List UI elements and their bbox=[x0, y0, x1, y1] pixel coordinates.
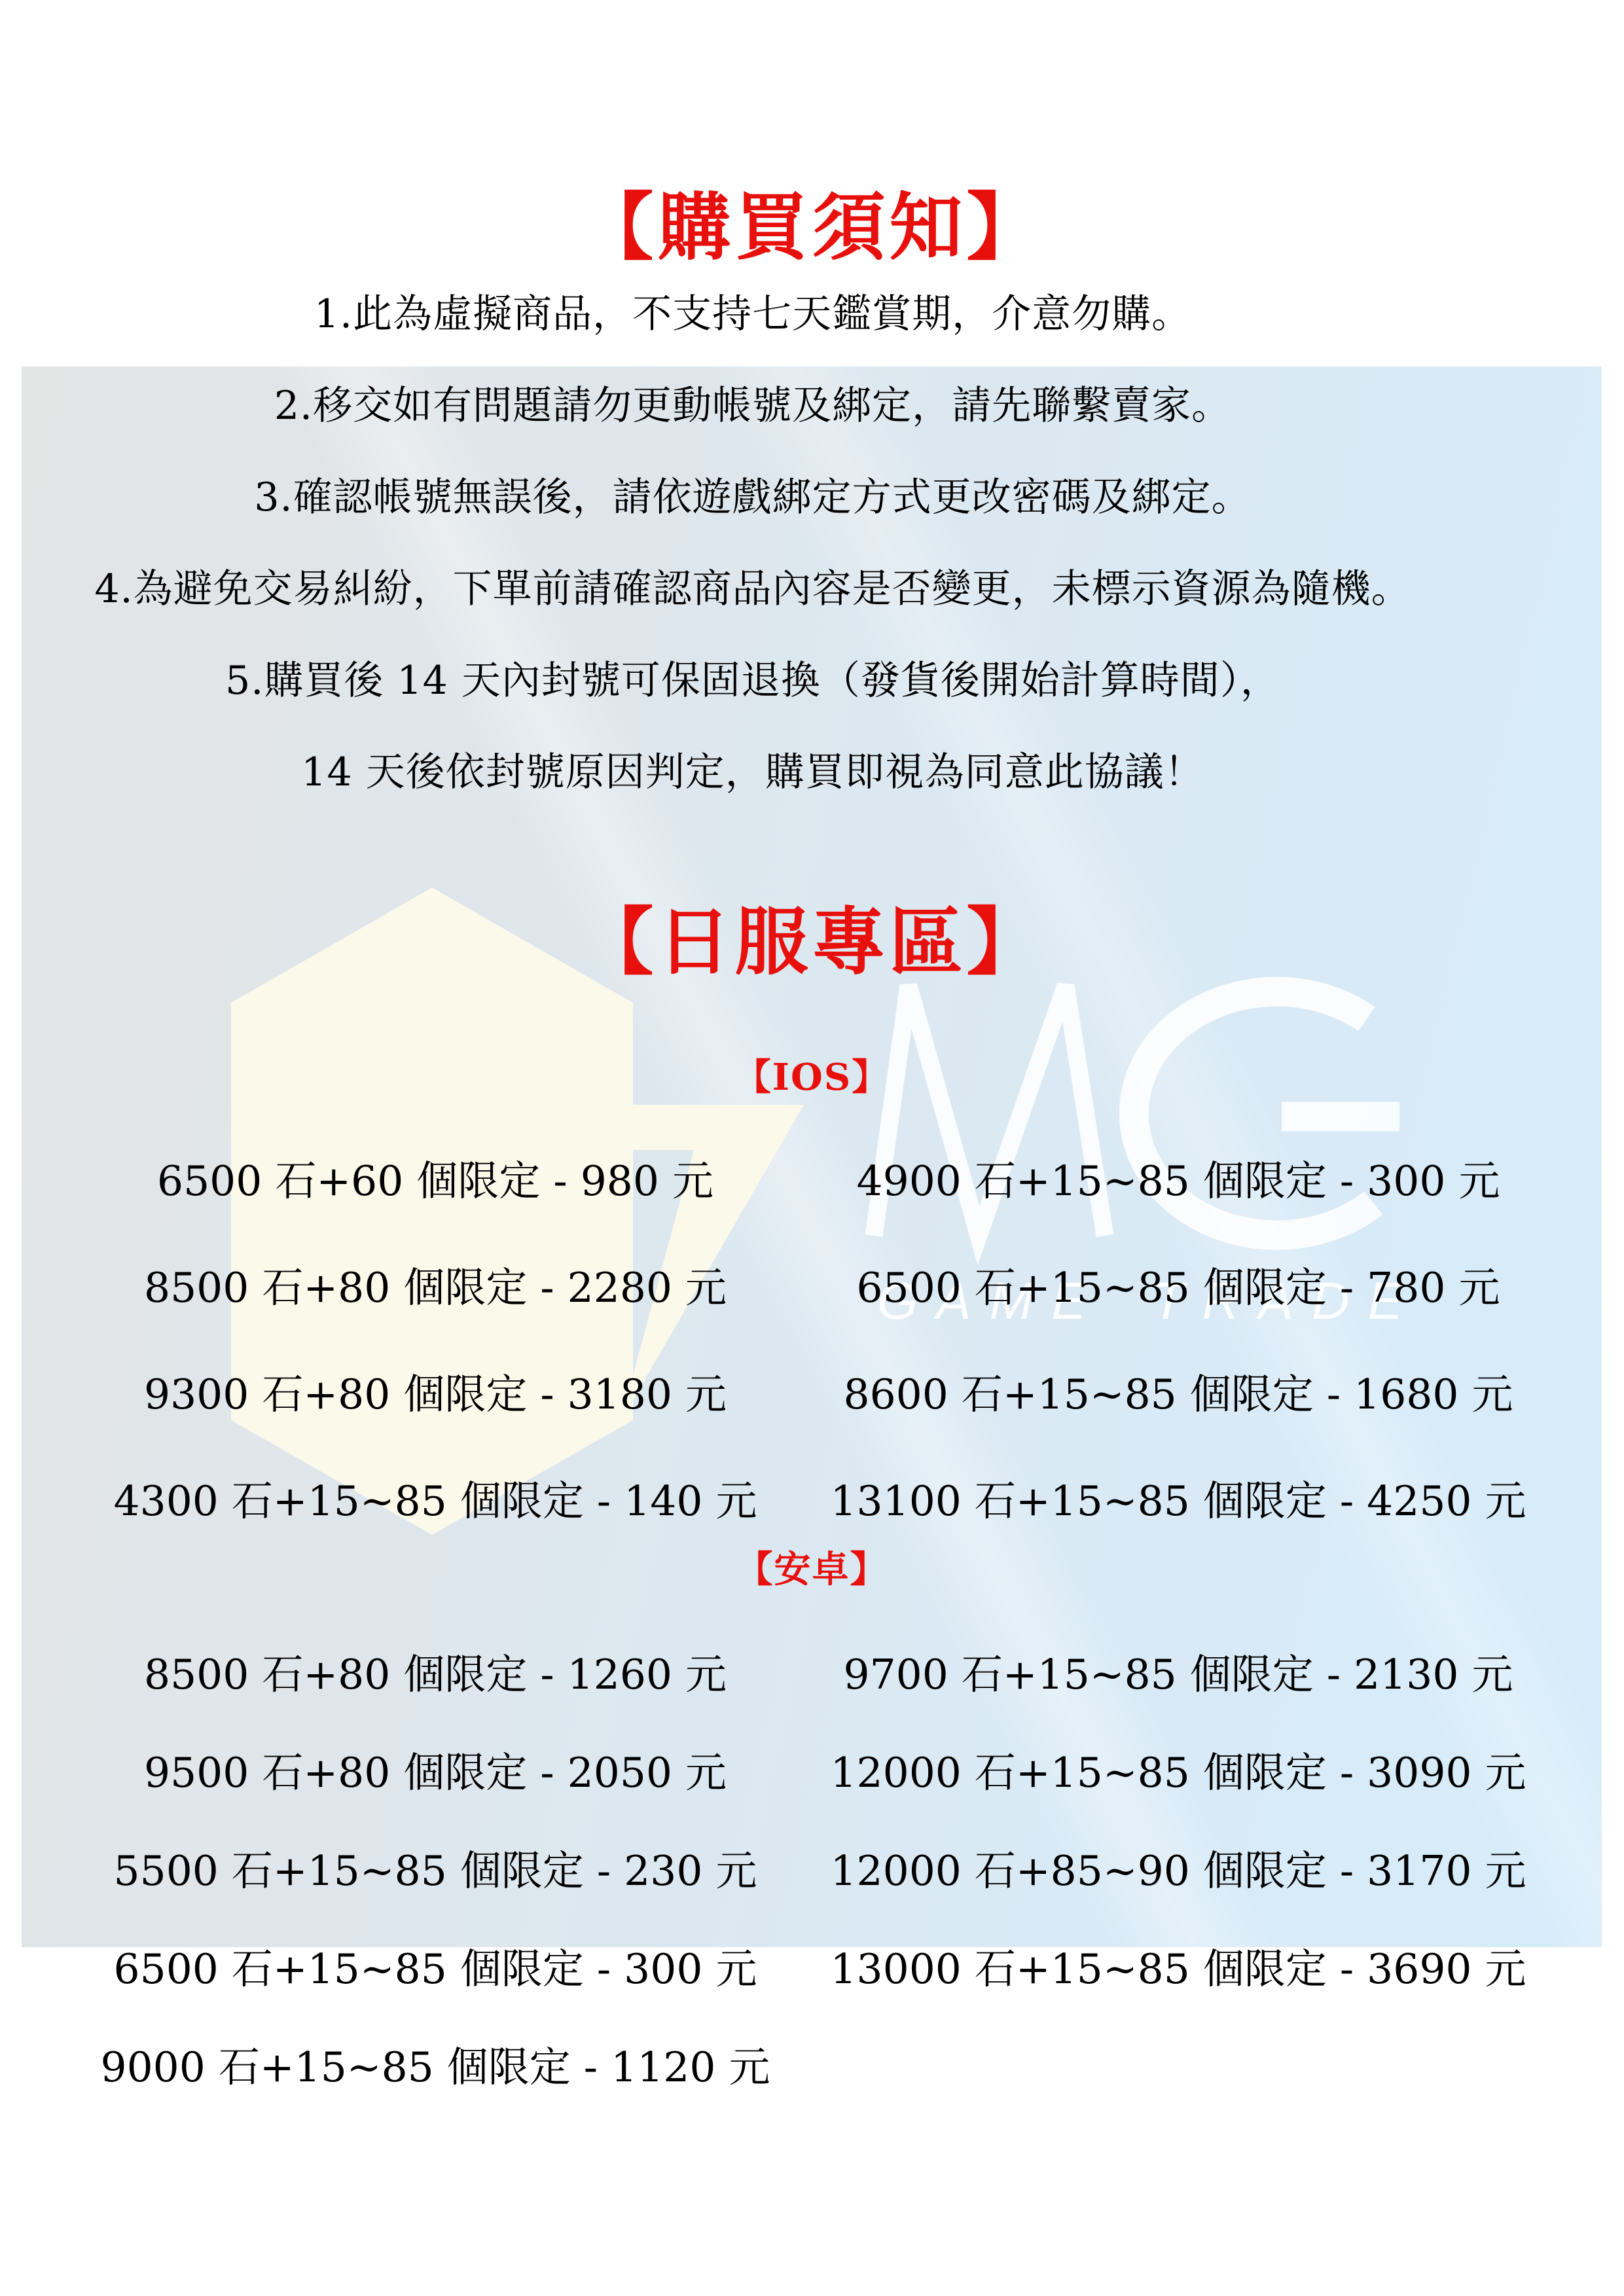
price-item: 5500 石+15~85 個限定 - 230 元 bbox=[0, 1850, 871, 1892]
notice-line-5: 5.購買後 14 天內封號可保固退換（發貨後開始計算時間）， bbox=[0, 660, 1506, 702]
price-item: 12000 石+85~90 個限定 - 3170 元 bbox=[746, 1850, 1610, 1892]
subsection-label-android: 【安卓】 bbox=[0, 1550, 1624, 1589]
notice-line-2: 2.移交如有問題請勿更動帳號及綁定，請先聯繫賣家。 bbox=[0, 385, 1506, 427]
price-item: 6500 石+15~85 個限定 - 300 元 bbox=[0, 1948, 871, 1990]
flyer-page: GAME TRADE 【購買須知】 1.此為虛擬商品，不支持七天鑑賞期，介意勿購… bbox=[0, 0, 1624, 2296]
notice-title: 【購買須知】 bbox=[0, 188, 1624, 268]
price-item: 8500 石+80 個限定 - 1260 元 bbox=[0, 1654, 871, 1695]
subsection-label-ios: 【IOS】 bbox=[0, 1058, 1624, 1097]
price-item: 8500 石+80 個限定 - 2280 元 bbox=[0, 1267, 871, 1308]
price-item: 9000 石+15~85 個限定 - 1120 元 bbox=[0, 2047, 871, 2088]
price-item: 6500 石+60 個限定 - 980 元 bbox=[0, 1160, 871, 1202]
price-item: 4900 石+15~85 個限定 - 300 元 bbox=[746, 1160, 1610, 1202]
section-title-japan-server: 【日服專區】 bbox=[0, 903, 1624, 982]
price-item: 4300 石+15~85 個限定 - 140 元 bbox=[0, 1480, 871, 1522]
price-item: 13100 石+15~85 個限定 - 4250 元 bbox=[746, 1480, 1610, 1522]
notice-line-3: 3.確認帳號無誤後，請依遊戲綁定方式更改密碼及綁定。 bbox=[0, 476, 1506, 519]
price-item: 9300 石+80 個限定 - 3180 元 bbox=[0, 1374, 871, 1415]
price-item: 13000 石+15~85 個限定 - 3690 元 bbox=[746, 1948, 1610, 1990]
notice-line-6: 14 天後依封號原因判定，購買即視為同意此協議！ bbox=[0, 751, 1506, 794]
price-item: 9700 石+15~85 個限定 - 2130 元 bbox=[746, 1654, 1610, 1695]
notice-line-4: 4.為避免交易糾紛，下單前請確認商品內容是否變更，未標示資源為隨機。 bbox=[0, 568, 1506, 611]
price-item: 8600 石+15~85 個限定 - 1680 元 bbox=[746, 1374, 1610, 1415]
price-item: 9500 石+80 個限定 - 2050 元 bbox=[0, 1752, 871, 1793]
price-item: 6500 石+15~85 個限定 - 780 元 bbox=[746, 1267, 1610, 1308]
notice-line-1: 1.此為虛擬商品，不支持七天鑑賞期，介意勿購。 bbox=[0, 293, 1506, 336]
price-item: 12000 石+15~85 個限定 - 3090 元 bbox=[746, 1752, 1610, 1793]
